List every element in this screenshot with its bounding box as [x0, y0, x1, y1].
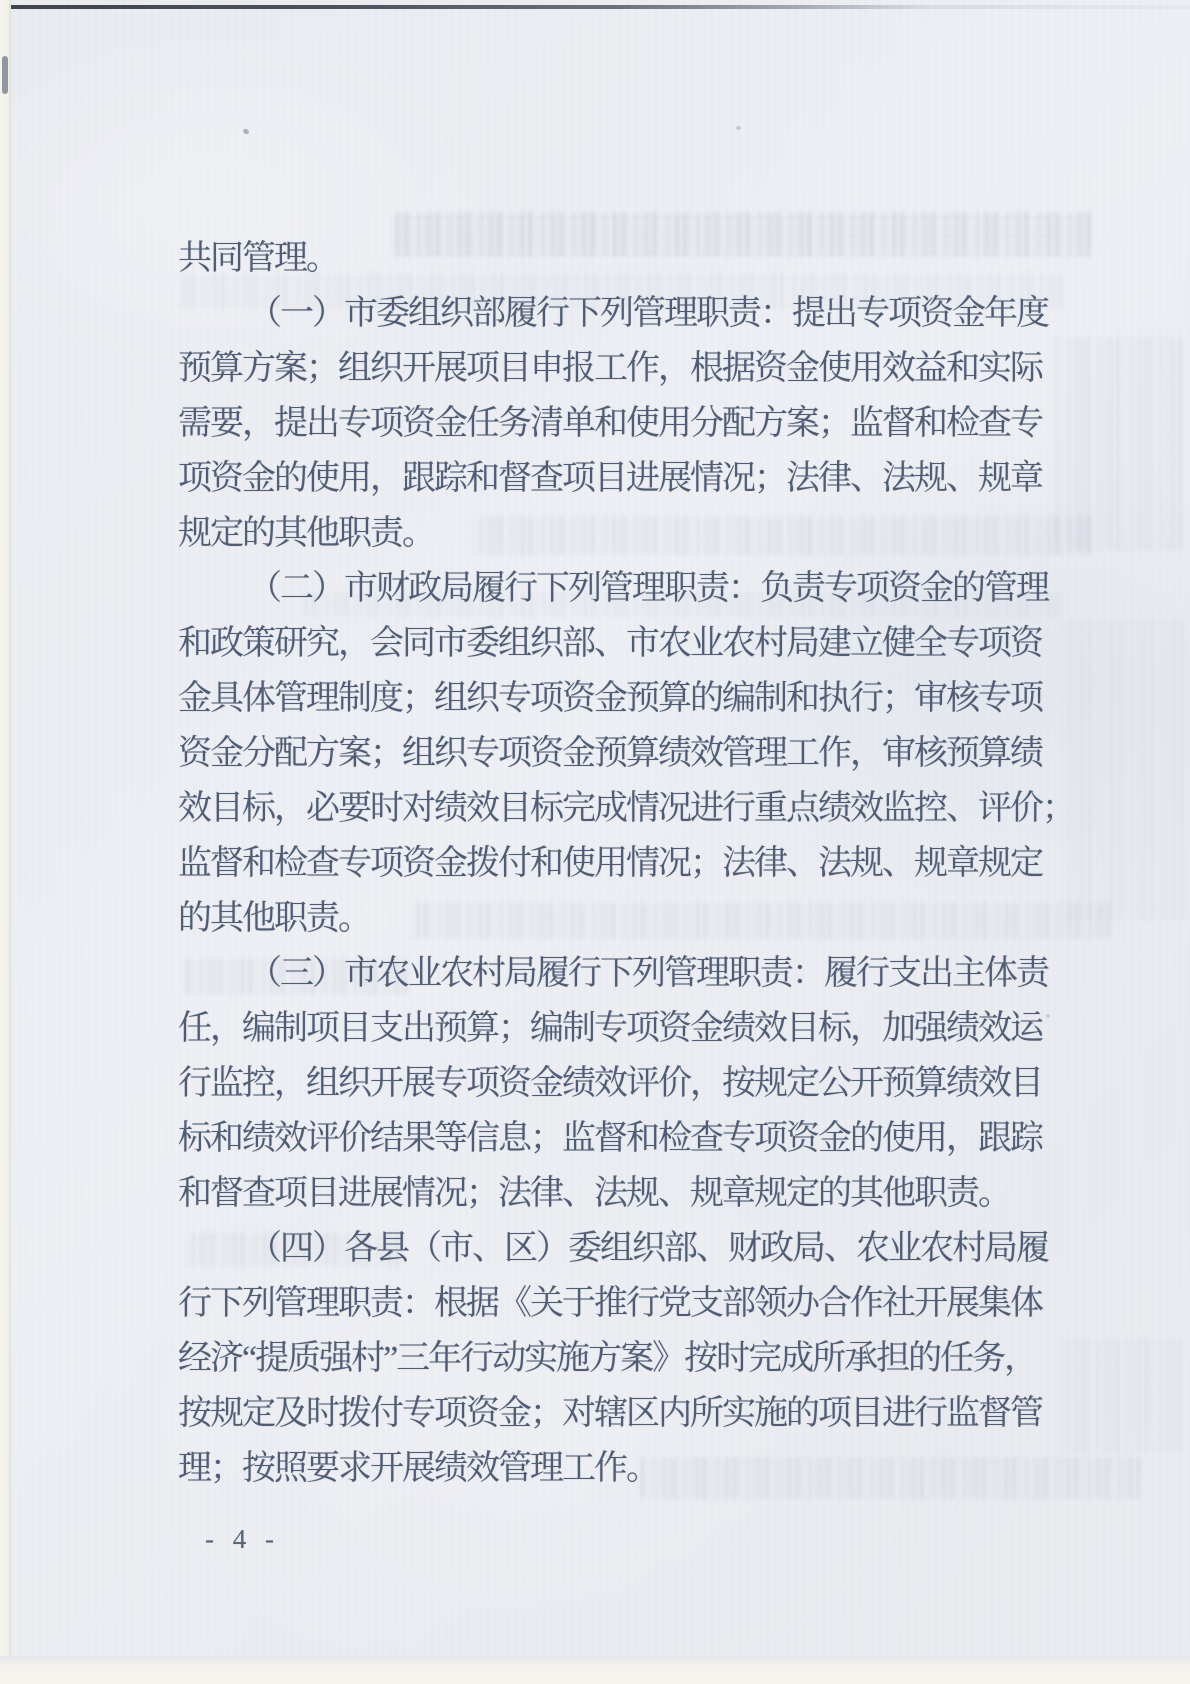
text-line: 任，编制项目支出预算；编制专项资金绩效目标，加强绩效运	[178, 1001, 1058, 1056]
dust-speck	[1046, 1014, 1050, 1018]
bleed-through-smudge	[1058, 1340, 1180, 1452]
text-line: 金具体管理制度；组织专项资金预算的编制和执行；审核专项	[178, 671, 1058, 726]
scan-top-edge-line	[0, 5, 1190, 9]
text-line: （三）市农业农村局履行下列管理职责：履行支出主体责	[178, 946, 1058, 1001]
dust-speck	[736, 126, 741, 130]
text-line: 监督和检查专项资金拨付和使用情况；法律、法规、规章规定	[178, 836, 1058, 891]
text-line: 项资金的使用，跟踪和督查项目进展情况；法律、法规、规章	[178, 451, 1058, 506]
text-line: 资金分配方案；组织专项资金预算绩效管理工作，审核预算绩	[178, 726, 1058, 781]
text-line: 的其他职责。	[178, 891, 1058, 946]
text-line: （四）各县（市、区）委组织部、财政局、农业农村局履	[178, 1221, 1058, 1276]
scan-left-edge-mark	[2, 56, 8, 94]
scan-bottom-margin-strip	[0, 1656, 1190, 1684]
text-block: 共同管理。（一）市委组织部履行下列管理职责：提出专项资金年度预算方案；组织开展项…	[178, 231, 1058, 1496]
text-line: 标和绩效评价结果等信息；监督和检查专项资金的使用，跟踪	[178, 1111, 1058, 1166]
text-line: 理；按照要求开展绩效管理工作。	[178, 1441, 1058, 1496]
text-line: （二）市财政局履行下列管理职责：负责专项资金的管理	[178, 561, 1058, 616]
text-line: 效目标，必要时对绩效目标完成情况进行重点绩效监控、评价；	[178, 781, 1058, 836]
text-line: 和督查项目进展情况；法律、法规、规章规定的其他职责。	[178, 1166, 1058, 1221]
bleed-through-smudge	[1056, 336, 1182, 550]
scanned-document-page: 共同管理。（一）市委组织部履行下列管理职责：提出专项资金年度预算方案；组织开展项…	[0, 0, 1190, 1684]
text-line: 行监控，组织开展专项资金绩效评价，按规定公开预算绩效目	[178, 1056, 1058, 1111]
text-line: 需要，提出专项资金任务清单和使用分配方案；监督和检查专	[178, 396, 1058, 451]
dust-speck	[242, 128, 250, 136]
text-line: （一）市委组织部履行下列管理职责：提出专项资金年度	[178, 286, 1058, 341]
text-line: 和政策研究，会同市委组织部、市农业农村局建立健全专项资	[178, 616, 1058, 671]
text-line: 经济“提质强村”三年行动实施方案》按时完成所承担的任务，	[178, 1331, 1058, 1386]
text-line: 规定的其他职责。	[178, 506, 1058, 561]
text-line: 按规定及时拨付专项资金；对辖区内所实施的项目进行监督管	[178, 1386, 1058, 1441]
text-line: 预算方案；组织开展项目申报工作，根据资金使用效益和实际	[178, 341, 1058, 396]
bleed-through-smudge	[1062, 620, 1184, 920]
text-line: 行下列管理职责：根据《关于推行党支部领办合作社开展集体	[178, 1276, 1058, 1331]
scan-left-margin-strip	[0, 0, 11, 1684]
page-number: - 4 -	[205, 1524, 280, 1555]
text-line: 共同管理。	[178, 231, 1058, 286]
